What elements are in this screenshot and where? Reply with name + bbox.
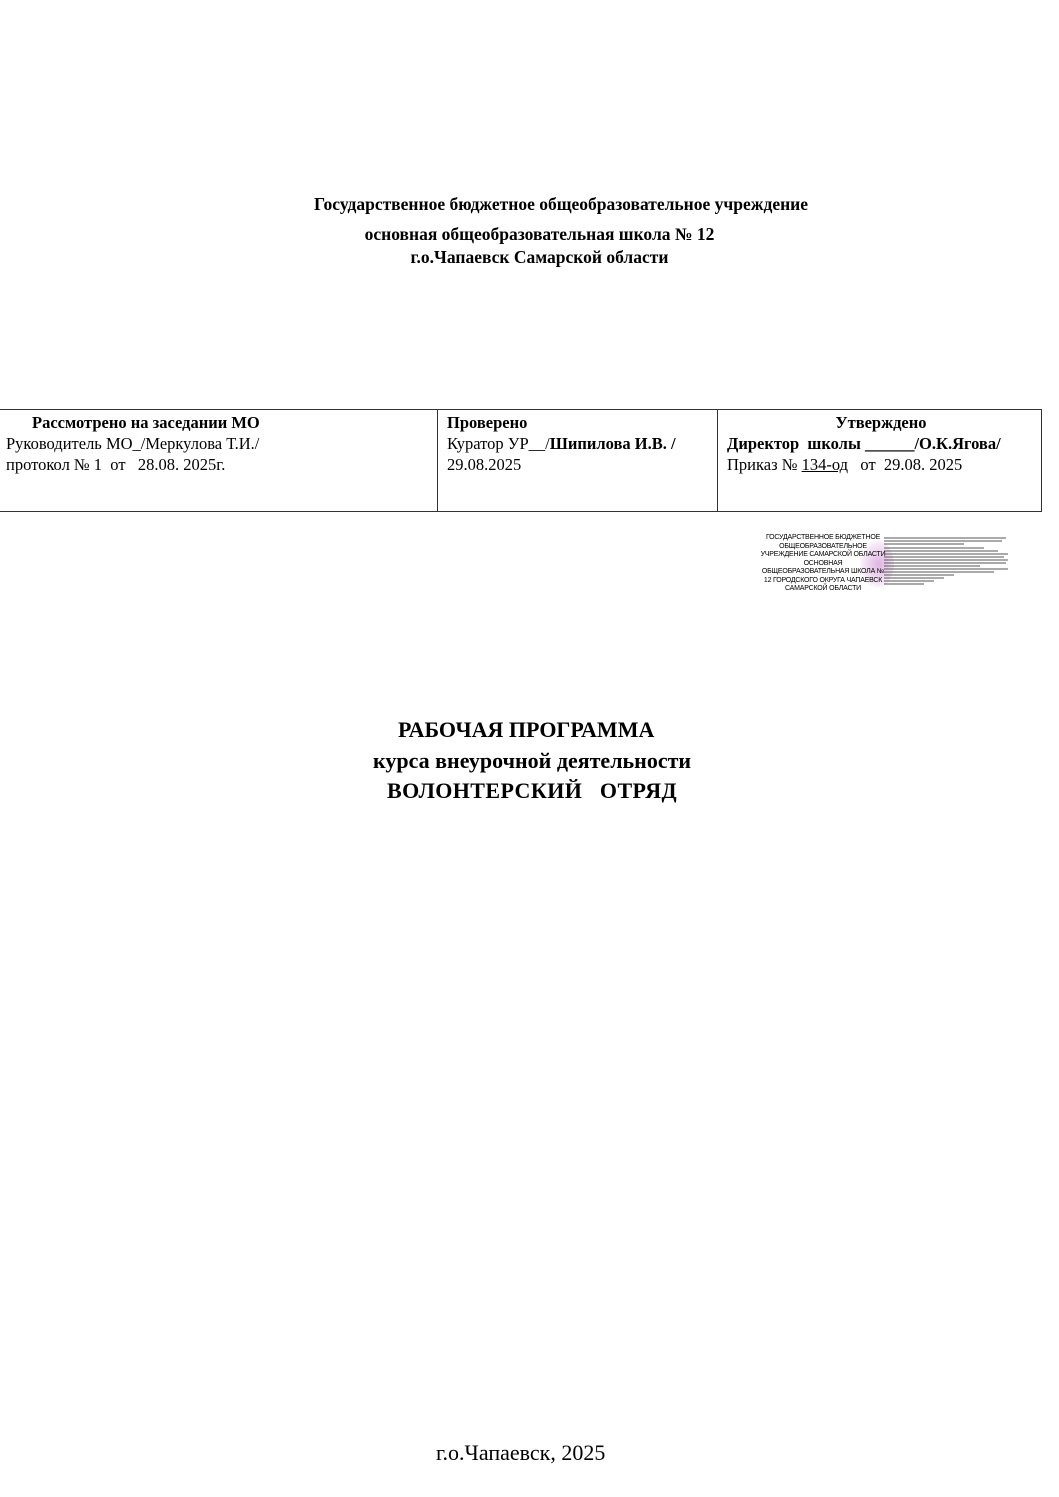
title-line-3: ВОЛОНТЕРСКИЙ ОТРЯД: [387, 778, 677, 804]
checked-date: 29.08.2025: [447, 454, 711, 475]
title-line-2: курса внеурочной деятельности: [373, 748, 691, 774]
header-line-1: Государственное бюджетное общеобразовате…: [0, 193, 1059, 216]
approved-order-number: 134-од: [802, 455, 848, 474]
reviewed-cell: Рассмотрено на заседании МО Руководитель…: [0, 410, 438, 512]
approved-cell: Утверждено Директор школы ______/О.К.Яго…: [718, 410, 1042, 512]
checked-heading: Проверено: [447, 412, 711, 433]
approved-order-prefix: Приказ №: [727, 455, 802, 474]
checked-curator-prefix: Куратор УР__/: [447, 434, 550, 453]
approval-table: Рассмотрено на заседании МО Руководитель…: [0, 409, 1042, 512]
header-line-2: основная общеобразовательная школа № 12: [0, 223, 1059, 246]
checked-curator: Куратор УР__/Шипилова И.В. /: [447, 433, 711, 454]
approved-director: Директор школы ______/О.К.Ягова/: [727, 433, 1035, 454]
approved-order: Приказ № 134-од от 29.08. 2025: [727, 454, 1035, 475]
header-line-3: г.о.Чапаевск Самарской области: [0, 246, 1059, 269]
signature-organization: ГОСУДАРСТВЕННОЕ БЮДЖЕТНОЕ ОБЩЕОБРАЗОВАТЕ…: [760, 534, 886, 594]
approved-heading: Утверждено: [727, 412, 1035, 433]
checked-cell: Проверено Куратор УР__/Шипилова И.В. / 2…: [438, 410, 718, 512]
signature-details: [884, 536, 1010, 593]
reviewed-heading: Рассмотрено на заседании МО: [6, 412, 431, 433]
footer-place-year: г.о.Чапаевск, 2025: [436, 1440, 605, 1466]
reviewed-protocol: протокол № 1 от 28.08. 2025г.: [6, 454, 431, 475]
digital-signature-block: ГОСУДАРСТВЕННОЕ БЮДЖЕТНОЕ ОБЩЕОБРАЗОВАТЕ…: [760, 534, 1010, 594]
approved-order-date: от 29.08. 2025: [848, 455, 962, 474]
signature-details-lines: [884, 536, 1010, 592]
checked-curator-name: Шипилова И.В. /: [550, 434, 676, 453]
reviewed-head-of-mo: Руководитель МО_/Меркулова Т.И./: [6, 433, 431, 454]
title-line-1: РАБОЧАЯ ПРОГРАММА: [398, 717, 654, 743]
